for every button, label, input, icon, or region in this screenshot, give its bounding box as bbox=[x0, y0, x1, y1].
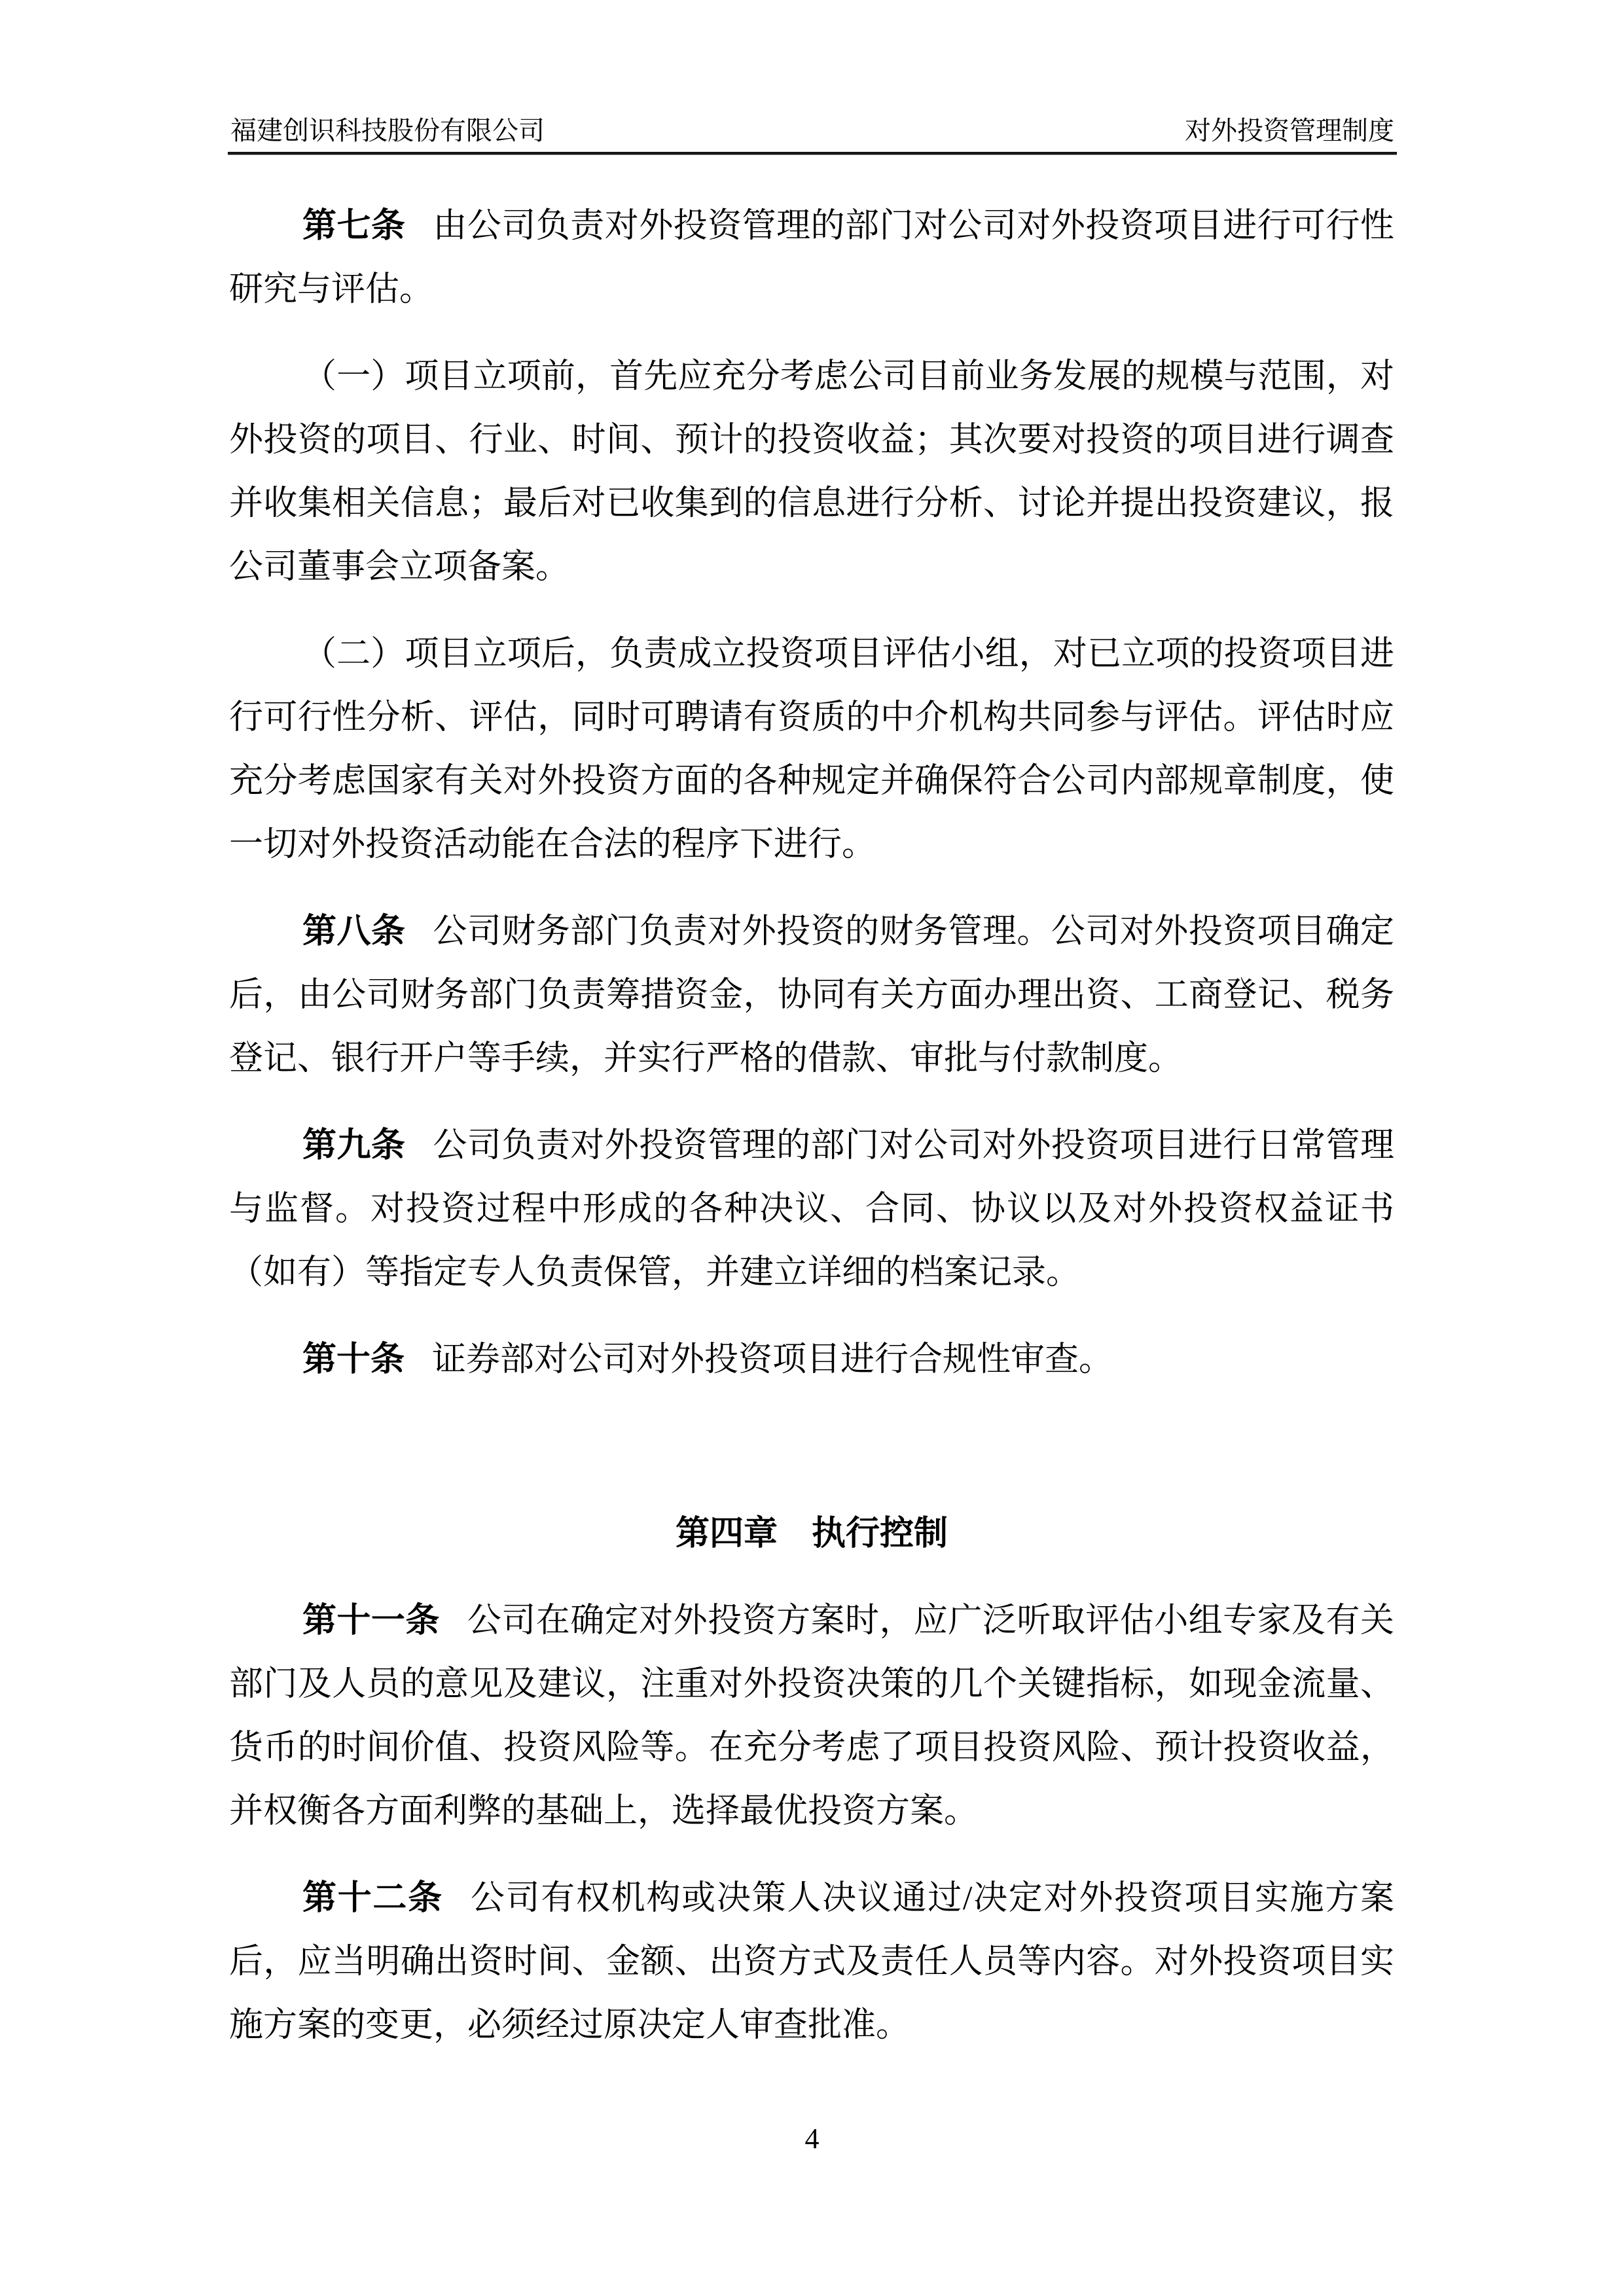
header-company-name: 福建创识科技股份有限公司 bbox=[230, 115, 545, 147]
paragraph: 第九条公司负责对外投资管理的部门对公司对外投资项目进行日常管理与监督。对投资过程… bbox=[229, 1114, 1394, 1304]
header-document-title: 对外投资管理制度 bbox=[1185, 115, 1394, 147]
chapter-heading: 第四章执行控制 bbox=[229, 1502, 1394, 1566]
paragraph: 第十条证券部对公司对外投资项目进行合规性审查。 bbox=[229, 1328, 1394, 1391]
chapter-title: 执行控制 bbox=[812, 1515, 948, 1552]
paragraph: 第十一条公司在确定对外投资方案时，应广泛听取评估小组专家及有关部门及人员的意见及… bbox=[229, 1589, 1394, 1843]
header-rule-divider bbox=[228, 152, 1397, 155]
article-number: 第九条 bbox=[302, 1126, 405, 1164]
article-number: 第七条 bbox=[302, 207, 405, 245]
document-page: { "header": { "left": "福建创识科技股份有限公司", "r… bbox=[0, 0, 1624, 2296]
article-number: 第十条 bbox=[302, 1340, 405, 1378]
page-footer: 4 bbox=[0, 2122, 1624, 2156]
page-number: 4 bbox=[805, 2123, 820, 2155]
page: 福建创识科技股份有限公司 对外投资管理制度 第七条由公司负责对外投资管理的部门对… bbox=[0, 0, 1624, 2296]
chapter-number: 第四章 bbox=[676, 1515, 778, 1552]
paragraph-text: （二）项目立项后，负责成立投资项目评估小组，对已立项的投资项目进行可行性分析、评… bbox=[229, 636, 1394, 863]
paragraph: （二）项目立项后，负责成立投资项目评估小组，对已立项的投资项目进行可行性分析、评… bbox=[229, 622, 1394, 876]
paragraph: （一）项目立项前，首先应充分考虑公司目前业务发展的规模与范围，对外投资的项目、行… bbox=[229, 345, 1394, 599]
paragraph: 第七条由公司负责对外投资管理的部门对公司对外投资项目进行可行性研究与评估。 bbox=[229, 194, 1394, 321]
document-body: 第七条由公司负责对外投资管理的部门对公司对外投资项目进行可行性研究与评估。（一）… bbox=[229, 194, 1394, 2081]
paragraph-text: 证券部对公司对外投资项目进行合规性审查。 bbox=[432, 1341, 1113, 1378]
paragraph: 第十二条公司有权机构或决策人决议通过/决定对外投资项目实施方案后，应当明确出资时… bbox=[229, 1867, 1394, 2057]
blank-line bbox=[229, 1415, 1394, 1479]
article-number: 第十一条 bbox=[302, 1602, 440, 1640]
paragraph: 第八条公司财务部门负责对外投资的财务管理。公司对外投资项目确定后，由公司财务部门… bbox=[229, 900, 1394, 1090]
article-number: 第十二条 bbox=[302, 1879, 443, 1917]
article-number: 第八条 bbox=[302, 912, 405, 950]
page-header: 福建创识科技股份有限公司 对外投资管理制度 bbox=[230, 115, 1394, 147]
paragraph-text: （一）项目立项前，首先应充分考虑公司目前业务发展的规模与范围，对外投资的项目、行… bbox=[229, 358, 1394, 586]
